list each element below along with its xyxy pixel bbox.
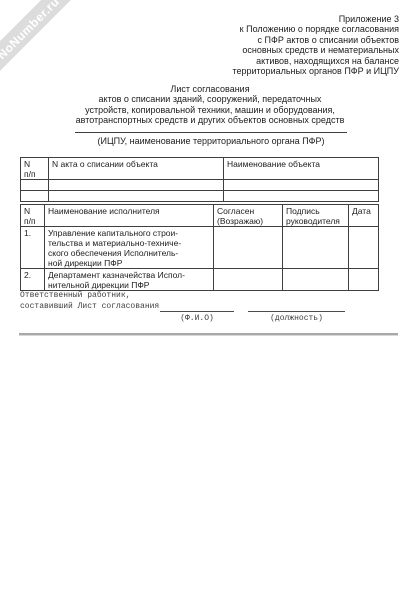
approval-cell-executor: Управление капитального строи- тельства … (45, 227, 214, 269)
watermark-ribbon: NoNumber.ru (0, 0, 88, 88)
approval-header-num: N п/п (21, 205, 45, 227)
fio-caption: (Ф.И.О) (160, 314, 234, 323)
acts-cell-object (224, 180, 379, 191)
position-caption: (должность) (248, 314, 345, 323)
title-line: устройств, копировальной техники, машин … (0, 105, 420, 115)
approval-cell-num: 1. (21, 227, 45, 269)
annex-note-line: к Положению о порядке согласования (232, 24, 399, 34)
acts-header-num: N п/п (21, 158, 49, 180)
responsible-worker-line: Ответственный работник, (20, 291, 159, 302)
acts-table-header-row: N п/п N акта о списании объекта Наименов… (21, 158, 379, 180)
annex-note-line: территориальных органов ПФР и ИЦПУ (232, 66, 399, 76)
title-line: Лист согласования (0, 84, 420, 94)
approval-cell-date (349, 227, 379, 269)
org-caption: (ИЦПУ, наименование территориального орг… (55, 136, 367, 146)
acts-cell-object (224, 191, 379, 202)
acts-cell-act (49, 191, 224, 202)
acts-table-row (21, 180, 379, 191)
approval-table-row: 1. Управление капитального строи- тельст… (21, 227, 379, 269)
acts-cell-num (21, 191, 49, 202)
acts-table-row (21, 191, 379, 202)
acts-cell-num (21, 180, 49, 191)
approval-table-header-row: N п/п Наименование исполнителя Согласен … (21, 205, 379, 227)
approval-cell-agree (214, 269, 283, 291)
document-title: Лист согласования актов о списании здани… (0, 84, 420, 126)
acts-table: N п/п N акта о списании объекта Наименов… (20, 157, 379, 202)
annex-note-line: Приложение 3 (232, 14, 399, 24)
approval-cell-executor: Департамент казначейства Испол- нительно… (45, 269, 214, 291)
approval-header-agree: Согласен (Возражаю) (214, 205, 283, 227)
approval-cell-signature (283, 269, 349, 291)
acts-header-act: N акта о списании объекта (49, 158, 224, 180)
approval-cell-date (349, 269, 379, 291)
approval-cell-agree (214, 227, 283, 269)
approval-table: N п/п Наименование исполнителя Согласен … (20, 204, 379, 291)
annex-note-line: с ПФР актов о списании объектов (232, 35, 399, 45)
watermark-text: NoNumber.ru (0, 0, 62, 62)
title-line: актов о списании зданий, сооружений, пер… (0, 94, 420, 104)
document-page: NoNumber.ru Приложение 3 к Положению о п… (0, 0, 420, 600)
position-blank-line (248, 297, 345, 312)
approval-header-executor: Наименование исполнителя (45, 205, 214, 227)
fio-blank-line (160, 297, 234, 312)
approval-header-signature: Подпись руководителя (283, 205, 349, 227)
approval-header-date: Дата (349, 205, 379, 227)
annex-note-line: активов, находящихся на балансе (232, 56, 399, 66)
responsible-worker-note: Ответственный работник, составивший Лист… (20, 291, 159, 312)
approval-table-row: 2. Департамент казначейства Испол- нител… (21, 269, 379, 291)
title-line: автотранспортных средств и других объект… (0, 115, 420, 125)
annex-note: Приложение 3 к Положению о порядке согла… (232, 14, 399, 76)
org-name-blank-line (75, 132, 347, 133)
approval-cell-signature (283, 227, 349, 269)
approval-cell-num: 2. (21, 269, 45, 291)
acts-header-object: Наименование объекта (224, 158, 379, 180)
responsible-worker-line: составивший Лист согласования (20, 302, 159, 313)
section-divider-line (19, 333, 398, 336)
annex-note-line: основных средств и нематериальных (232, 45, 399, 55)
acts-cell-act (49, 180, 224, 191)
